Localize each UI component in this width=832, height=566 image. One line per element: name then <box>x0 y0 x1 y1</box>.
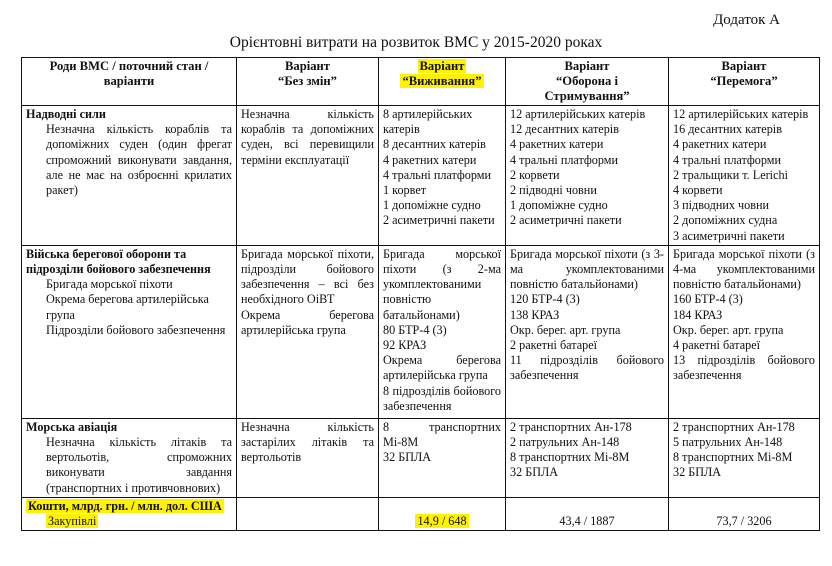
list-item: 2 транспортних Ан-178 <box>510 420 664 435</box>
list-item: 2 асиметричні пакети <box>383 213 501 228</box>
list-item: 138 КРАЗ <box>510 308 664 323</box>
cell-victory: 12 артилерійських катерів16 десантних ка… <box>669 106 820 246</box>
list-item: Бригада морської піхоти (з 2-ма укомплек… <box>383 247 501 323</box>
cell-category: Надводні сили Незначна кількість кораблі… <box>22 106 237 246</box>
highlighted-text: Варіант <box>418 59 467 73</box>
highlighted-text: Закупівлі <box>46 514 98 528</box>
list-item: 8 транспортних Мі-8М <box>673 450 815 465</box>
list-item: Бригада морської піхоти (з 3-ма укомплек… <box>510 247 664 293</box>
list-item: 1 допоміжне судно <box>510 198 664 213</box>
list-item: 2 допоміжних судна <box>673 213 815 228</box>
cell-category: Війська берегової оборони та підрозділи … <box>22 245 237 418</box>
table-row: Війська берегової оборони та підрозділи … <box>22 245 820 418</box>
header-branches: Роди ВМС / поточний стан / варіанти <box>22 58 237 106</box>
list-item: 4 корвети <box>673 183 815 198</box>
list-item: 3 асиметричні пакети <box>673 229 815 244</box>
list-item: 2 корвети <box>510 168 664 183</box>
list-item: 16 десантних катерів <box>673 122 815 137</box>
list-item: 8 транспортних Мі-8М <box>383 420 501 450</box>
table-row: Морська авіація Незначна кількість літак… <box>22 418 820 497</box>
list-item: 8 артилерійських катерів <box>383 107 501 137</box>
list-item: 8 десантних катерів <box>383 137 501 152</box>
list-item: 2 ракетні батареї <box>510 338 664 353</box>
header-victory: Варіант “Перемога” <box>669 58 820 106</box>
list-item: 2 транспортних Ан-178 <box>673 420 815 435</box>
highlighted-text: Кошти, млрд. грн. / млн. дол. США <box>26 499 224 513</box>
costs-row: Кошти, млрд. грн. / млн. дол. США Закупі… <box>22 497 820 530</box>
list-item: 13 підрозділів бойового забезпечення <box>673 353 815 383</box>
cell-cost-defense: 43,4 / 1887 <box>506 497 669 530</box>
list-item: 12 десантних катерів <box>510 122 664 137</box>
document-title: Орієнтовні витрати на розвиток ВМС у 201… <box>0 34 832 52</box>
cell-survival: Бригада морської піхоти (з 2-ма укомплек… <box>379 245 506 418</box>
list-item: 5 патрульних Ан-148 <box>673 435 815 450</box>
cell-survival: 8 артилерійських катерів8 десантних кате… <box>379 106 506 246</box>
header-survival: Варіант “Виживання” <box>379 58 506 106</box>
cell-victory: Бригада морської піхоти (з 4-ма укомплек… <box>669 245 820 418</box>
list-item: 4 тральні платформи <box>510 153 664 168</box>
list-item: 32 БПЛА <box>510 465 664 480</box>
list-item: 4 тральні платформи <box>383 168 501 183</box>
cell-cost-survival: 14,9 / 648 <box>379 497 506 530</box>
appendix-label: Додаток А <box>713 12 780 29</box>
cell-no-change: Незначна кількість застарілих літаків та… <box>237 418 379 497</box>
list-item: 92 КРАЗ <box>383 338 501 353</box>
list-item: 3 підводних човни <box>673 198 815 213</box>
list-item: 1 корвет <box>383 183 501 198</box>
cell-cost-no-change <box>237 497 379 530</box>
cell-no-change: Незначна кількість кораблів та допоміжни… <box>237 106 379 246</box>
header-defense: Варіант “Оборона і Стримування” <box>506 58 669 106</box>
list-item: 2 підводні човни <box>510 183 664 198</box>
cell-cost-victory: 73,7 / 3206 <box>669 497 820 530</box>
list-item: 4 ракетні батареї <box>673 338 815 353</box>
cell-category: Морська авіація Незначна кількість літак… <box>22 418 237 497</box>
list-item: 2 тральщики т. Lerichi <box>673 168 815 183</box>
list-item: 4 ракетних катери <box>510 137 664 152</box>
list-item: 80 БТР-4 (3) <box>383 323 501 338</box>
list-item: 4 ракетних катери <box>383 153 501 168</box>
list-item: 2 патрульних Ан-148 <box>510 435 664 450</box>
list-item: 11 підрозділів бойового забезпечення <box>510 353 664 383</box>
list-item: 32 БПЛА <box>383 450 501 465</box>
expenses-table: Роди ВМС / поточний стан / варіанти Варі… <box>21 57 820 531</box>
cell-survival: 8 транспортних Мі-8М32 БПЛА <box>379 418 506 497</box>
header-row: Роди ВМС / поточний стан / варіанти Варі… <box>22 58 820 106</box>
list-item: 12 артилерійських катерів <box>673 107 815 122</box>
list-item: Окр. берег. арт. група <box>510 323 664 338</box>
list-item: 32 БПЛА <box>673 465 815 480</box>
list-item: 8 підрозділів бойового забезпечення <box>383 384 501 414</box>
list-item: Окрема берегова артилерійська група <box>383 353 501 383</box>
cell-victory: 2 транспортних Ан-1785 патрульних Ан-148… <box>669 418 820 497</box>
list-item: 2 асиметричні пакети <box>510 213 664 228</box>
list-item: 120 БТР-4 (3) <box>510 292 664 307</box>
list-item: 8 транспортних Мі-8М <box>510 450 664 465</box>
list-item: 4 ракетних катери <box>673 137 815 152</box>
list-item: Окр. берег. арт. група <box>673 323 815 338</box>
header-no-change: Варіант “Без змін” <box>237 58 379 106</box>
highlighted-text: “Виживання” <box>400 74 483 88</box>
table-row: Надводні сили Незначна кількість кораблі… <box>22 106 820 246</box>
cell-defense: Бригада морської піхоти (з 3-ма укомплек… <box>506 245 669 418</box>
cell-costs-label: Кошти, млрд. грн. / млн. дол. США Закупі… <box>22 497 237 530</box>
list-item: 12 артилерійських катерів <box>510 107 664 122</box>
list-item: Бригада морської піхоти (з 4-ма укомплек… <box>673 247 815 293</box>
list-item: 4 тральні платформи <box>673 153 815 168</box>
list-item: 1 допоміжне судно <box>383 198 501 213</box>
cell-defense: 12 артилерійських катерів12 десантних ка… <box>506 106 669 246</box>
cell-defense: 2 транспортних Ан-1782 патрульних Ан-148… <box>506 418 669 497</box>
list-item: 160 БТР-4 (3) <box>673 292 815 307</box>
cell-no-change: Бригада морської піхоти, підрозділи бойо… <box>237 245 379 418</box>
list-item: 184 КРАЗ <box>673 308 815 323</box>
highlighted-text: 14,9 / 648 <box>415 514 468 528</box>
